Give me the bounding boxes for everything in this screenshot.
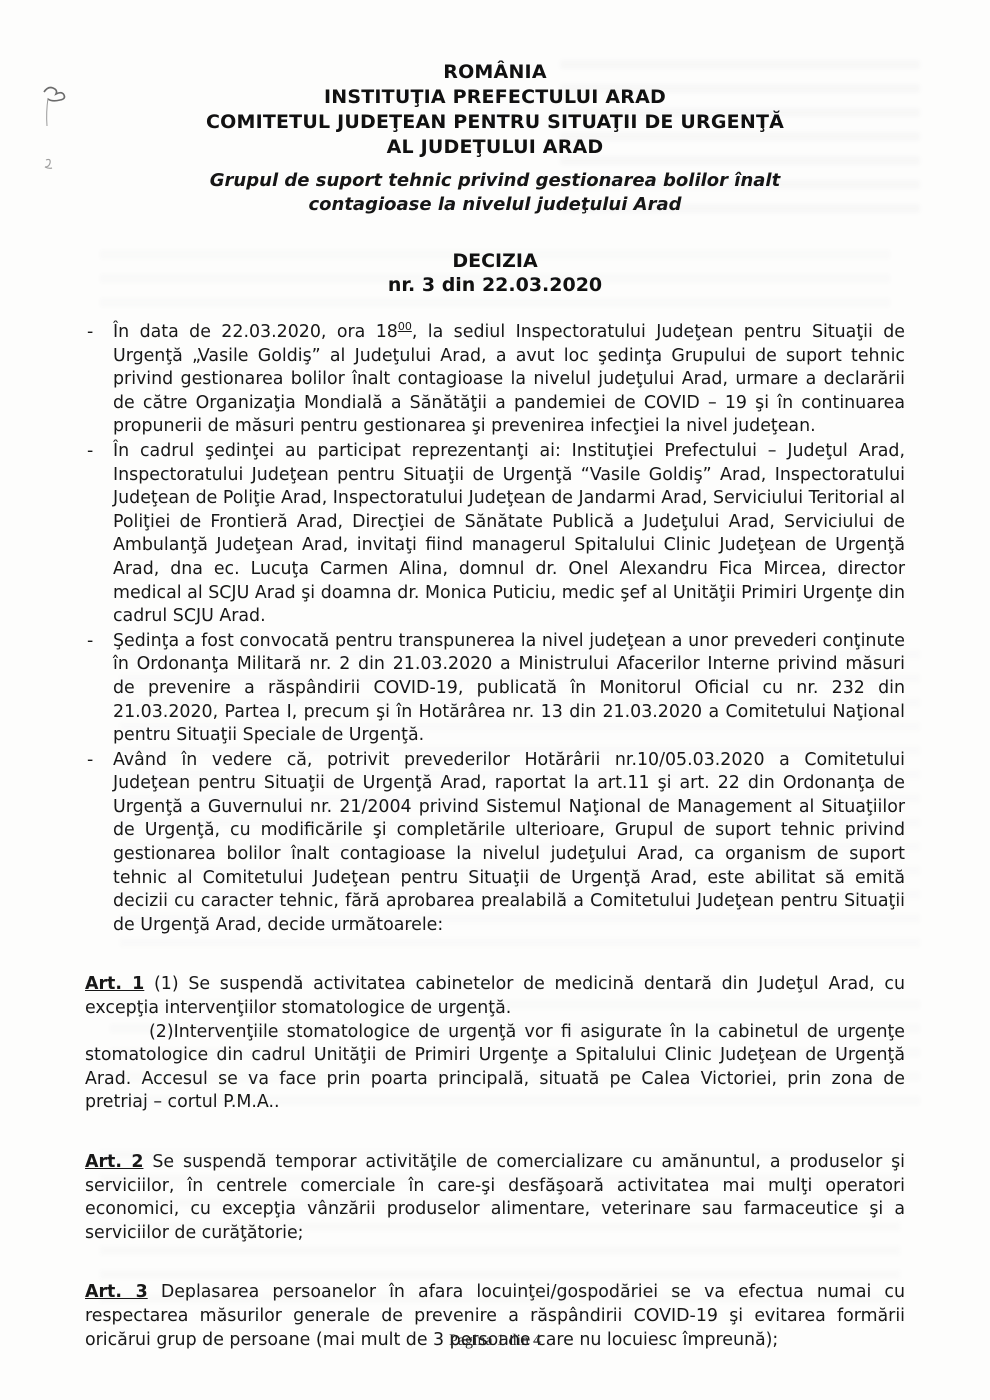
- institution-title: INSTITUŢIA PREFECTULUI ARAD: [85, 85, 905, 110]
- bullet-text: În cadrul şedinţei au participat repreze…: [113, 440, 905, 629]
- decision-number: nr. 3 din 22.03.2020: [85, 273, 905, 297]
- bullet-dash: -: [85, 321, 113, 439]
- superscript-hour: 00: [398, 320, 412, 333]
- article-1-paragraph-2: (2)Intervenţiile stomatologice de urgenţ…: [85, 1021, 905, 1115]
- bullet-text: În data de 22.03.2020, ora 1800, la sedi…: [113, 321, 905, 439]
- article-2-paragraph: Art. 2 Se suspendă temporar activităţile…: [85, 1151, 905, 1245]
- subtitle-line-1: Grupul de suport tehnic privind gestiona…: [85, 169, 905, 193]
- document-header: ROMÂNIA INSTITUŢIA PREFECTULUI ARAD COMI…: [85, 60, 905, 217]
- decision-heading: DECIZIA nr. 3 din 22.03.2020: [85, 249, 905, 297]
- bullet-paragraph-1: - În data de 22.03.2020, ora 1800, la se…: [85, 321, 905, 439]
- county-title: AL JUDEŢULUI ARAD: [85, 135, 905, 160]
- committee-title: COMITETUL JUDEŢEAN PENTRU SITUAŢII DE UR…: [85, 110, 905, 135]
- subtitle-line-2: contagioase la nivelul judeţului Arad: [85, 193, 905, 217]
- support-group-subtitle: Grupul de suport tehnic privind gestiona…: [85, 169, 905, 217]
- page-indicator: Pagina 1 din 4: [449, 1332, 541, 1349]
- bullet-dash: -: [85, 630, 113, 748]
- article-1-label: Art. 1: [85, 974, 144, 994]
- article-1: Art. 1 (1) Se suspendă activitatea cabin…: [85, 973, 905, 1115]
- article-2-label: Art. 2: [85, 1152, 143, 1172]
- handwritten-margin-mark: [34, 78, 74, 188]
- article-1-paragraph-1: Art. 1 (1) Se suspendă activitatea cabin…: [85, 973, 905, 1020]
- article-2-body: Se suspendă temporar activităţile de com…: [85, 1152, 905, 1243]
- decision-title: DECIZIA: [85, 249, 905, 273]
- article-1-body-1: (1) Se suspendă activitatea cabinetelor …: [85, 974, 905, 1018]
- bullet-dash: -: [85, 440, 113, 629]
- article-3-label: Art. 3: [85, 1282, 148, 1302]
- country-title: ROMÂNIA: [85, 60, 905, 85]
- article-2: Art. 2 Se suspendă temporar activităţile…: [85, 1151, 905, 1245]
- bullet-paragraph-3: - Şedinţa a fost convocată pentru transp…: [85, 630, 905, 748]
- bullet-1-pre: În data de 22.03.2020, ora 18: [113, 322, 398, 342]
- document-page: ROMÂNIA INSTITUŢIA PREFECTULUI ARAD COMI…: [0, 0, 990, 1400]
- document-body: - În data de 22.03.2020, ora 1800, la se…: [85, 321, 905, 1352]
- bullet-text: Şedinţa a fost convocată pentru transpun…: [113, 630, 905, 748]
- bullet-paragraph-4: - Având în vedere că, potrivit prevederi…: [85, 749, 905, 938]
- bullet-dash: -: [85, 749, 113, 938]
- bullet-paragraph-2: - În cadrul şedinţei au participat repre…: [85, 440, 905, 629]
- bullet-text: Având în vedere că, potrivit prevederilo…: [113, 749, 905, 938]
- page-footer: Pagina 1 din 4: [0, 1332, 990, 1350]
